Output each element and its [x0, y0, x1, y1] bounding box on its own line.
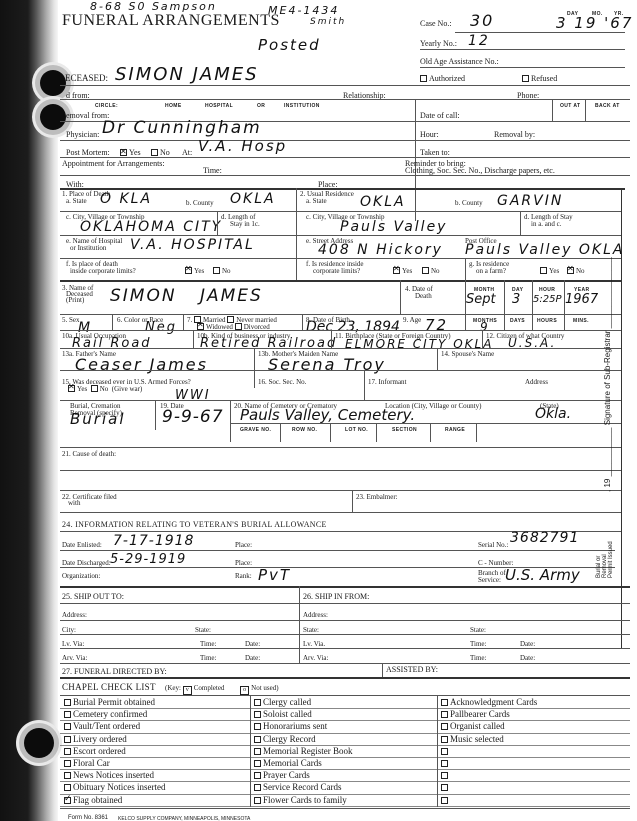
cause-of-death-label: 21. Cause of death: — [62, 450, 116, 458]
checklist-item[interactable] — [441, 770, 450, 780]
checkbox[interactable] — [540, 267, 547, 274]
death-state-label: a. State — [66, 197, 87, 205]
informant-address-label: Address — [525, 378, 548, 386]
checklist-item[interactable]: Soloist called — [254, 709, 312, 719]
ship-in-lv-date-label: Date: — [520, 640, 535, 648]
section-header: SECTION — [392, 426, 417, 435]
res-limits-no[interactable]: No — [422, 267, 440, 275]
ship-out-arv-time-label: Time: — [200, 654, 216, 662]
farm-yes[interactable]: Yes — [540, 267, 559, 275]
mother-value: Serena Troy — [268, 355, 386, 374]
ship-out-label: 25. SHIP OUT TO: — [62, 593, 124, 601]
checklist-item-label: Livery ordered — [73, 734, 127, 744]
checkbox[interactable] — [441, 797, 448, 804]
checklist-item[interactable]: News Notices inserted — [64, 770, 154, 780]
checkbox[interactable] — [441, 711, 448, 718]
checkbox[interactable] — [441, 760, 448, 767]
checklist-item-label: News Notices inserted — [73, 770, 154, 780]
yearly-no-value: 12 — [468, 33, 490, 49]
checklist-item[interactable]: Escort ordered — [64, 746, 126, 756]
ship-in-arv-time-label: Time: — [470, 654, 486, 662]
yearly-no-label: Yearly No.: — [420, 39, 457, 48]
checklist-item[interactable] — [441, 746, 450, 756]
ssn-label: 16. Soc. Sec. No. — [258, 378, 306, 386]
checkbox[interactable] — [254, 772, 261, 779]
checkbox[interactable] — [441, 699, 448, 706]
sub-registrar-signature-line: , 19 ___________ Signature of Sub-Regist… — [603, 257, 612, 492]
ship-out-address-label: Address: — [62, 611, 87, 619]
enlisted-label: Date Enlisted: — [62, 541, 102, 549]
checkbox[interactable] — [213, 267, 220, 274]
dod-month-value: Sept — [466, 292, 496, 307]
checkbox[interactable] — [420, 75, 427, 82]
death-county-label: b. County — [186, 199, 214, 207]
checklist-item-label: Service Record Cards — [263, 782, 341, 792]
checkbox[interactable] — [441, 723, 448, 730]
first-name-value: SIMON — [110, 286, 177, 306]
checkbox[interactable] — [64, 699, 71, 706]
checklist-item-label: Acknowledgment Cards — [450, 697, 537, 707]
checkbox[interactable] — [522, 75, 529, 82]
punch-hole — [40, 70, 66, 96]
checkbox[interactable] — [64, 784, 71, 791]
checkbox[interactable] — [441, 772, 448, 779]
lot-no-header: LOT NO. — [345, 426, 368, 435]
checklist-item[interactable]: Music selected — [441, 734, 504, 744]
dod-label-2: Death — [415, 292, 432, 300]
enlisted-value: 7-17-1918 — [113, 533, 194, 549]
res-state-value: OKLA — [360, 194, 406, 210]
checklist-item-label: Clergy called — [263, 697, 311, 707]
case-no-value: 30 — [470, 11, 494, 30]
phone-note-name: Smith — [310, 17, 346, 27]
oaa-label: Old Age Assistance No.: — [420, 57, 499, 66]
checklist-item[interactable]: Pallbearer Cards — [441, 709, 510, 719]
dod-year-value: 1967 — [565, 292, 598, 307]
circle-or: OR — [257, 102, 265, 111]
back-at-header: BACK AT — [595, 102, 620, 111]
res-city-value: Pauls Valley — [340, 219, 447, 235]
taken-to-label: Taken to: — [420, 148, 450, 157]
deceased-value: SIMON JAMES — [115, 64, 259, 85]
location-label: Location (City, Village or County) — [385, 402, 481, 410]
checklist-item[interactable]: Flag obtained — [64, 795, 122, 805]
row-no-header: ROW NO. — [292, 426, 317, 435]
checklist-item-label: Memorial Register Book — [263, 746, 353, 756]
at-label: At: — [182, 148, 192, 157]
checklist-item-label: Prayer Cards — [263, 770, 310, 780]
checklist-item-label: Cemetery confirmed — [73, 709, 147, 719]
father-value: Ceaser James — [75, 355, 208, 374]
certificate-label-2: with — [68, 499, 80, 507]
farm-label-2: on a farm? — [476, 267, 506, 275]
length-of-stay-label-2: Stay in 1c. — [230, 220, 260, 228]
age-label: 9. Age — [403, 316, 421, 324]
key-completed-icon: v — [183, 686, 192, 695]
checklist-item-label: Escort ordered — [73, 746, 126, 756]
checkbox[interactable] — [235, 323, 242, 330]
checklist-item[interactable]: Clergy Record — [254, 734, 316, 744]
checklist-item[interactable]: Cemetery confirmed — [64, 709, 147, 719]
checkbox[interactable] — [441, 736, 448, 743]
checklist-item-label: Memorial Cards — [263, 758, 322, 768]
checkbox[interactable] — [64, 711, 71, 718]
circle-label: CIRCLE: — [95, 102, 118, 111]
ship-in-label: 26. SHIP IN FROM: — [303, 593, 369, 601]
appointment-label: Appointment for Arrangements: — [62, 159, 165, 168]
reminder-text: Clothing, Soc. Sec. No., Discharge paper… — [405, 166, 555, 175]
assisted-by-label: ASSISTED BY: — [386, 666, 438, 674]
circle-home[interactable]: HOME — [165, 102, 182, 111]
checklist-item[interactable]: Honorariums sent — [254, 721, 327, 731]
ship-out-lv-date-label: Date: — [245, 640, 260, 648]
farm-no[interactable]: No — [567, 267, 585, 275]
cemetery-state-value: Okla. — [535, 406, 571, 422]
checkbox[interactable] — [254, 736, 261, 743]
discharged-value: 5-29-1919 — [110, 552, 186, 567]
checkbox-checked[interactable] — [567, 267, 574, 274]
removal-by-label: Removal by: — [494, 130, 535, 139]
ship-in-arv-via-label: Arv. Via: — [303, 654, 328, 662]
ship-out-city-label: City: — [62, 626, 76, 634]
last-name-value: JAMES — [200, 286, 263, 306]
authorized-checkbox[interactable]: Authorized — [420, 74, 465, 83]
checklist-item[interactable]: Memorial Cards — [254, 758, 322, 768]
checklist-title: CHAPEL CHECK LIST — [62, 683, 156, 692]
checklist-item[interactable]: Service Record Cards — [254, 782, 341, 792]
range-header: RANGE — [445, 426, 465, 435]
checklist-item[interactable]: Memorial Register Book — [254, 746, 353, 756]
circle-institution[interactable]: INSTITUTION — [284, 102, 320, 111]
death-state-value: O KLA — [100, 191, 152, 207]
checklist-item[interactable]: Flower Cards to family — [254, 795, 347, 805]
checklist-item-label: Flag obtained — [73, 795, 122, 805]
case-no-label: Case No.: — [420, 19, 452, 28]
checkbox[interactable] — [227, 316, 234, 323]
checklist-item-label: Honorariums sent — [263, 721, 327, 731]
checkbox[interactable] — [254, 797, 261, 804]
checkbox[interactable] — [254, 723, 261, 730]
checkbox[interactable] — [254, 748, 261, 755]
checklist-item[interactable]: Clergy called — [254, 697, 311, 707]
hospital-value: V.A. HOSPITAL — [130, 237, 255, 253]
sex-label: 5. Sex — [62, 316, 80, 324]
checklist-item[interactable] — [441, 795, 450, 805]
out-at-header: OUT AT — [560, 102, 580, 111]
dod-hour-value: 5:25P — [533, 294, 562, 305]
age-hours-header: HOURS — [537, 317, 557, 326]
death-city-value: OKLAHOMA CITY — [80, 219, 222, 235]
checkbox[interactable] — [254, 711, 261, 718]
checkbox[interactable] — [441, 748, 448, 755]
punch-hole — [24, 728, 54, 758]
checkbox[interactable] — [64, 760, 71, 767]
time-label: Time: — [203, 166, 222, 175]
branch-value: U.S. Army — [505, 566, 580, 584]
ship-in-arv-date-label: Date: — [520, 654, 535, 662]
checklist-item[interactable]: Prayer Cards — [254, 770, 310, 780]
res-length-label-2: in a. and c. — [531, 220, 562, 228]
res-county-value: GARVIN — [497, 193, 563, 209]
checklist-key: (Key: vCompleted oNot used) — [165, 684, 279, 695]
refused-checkbox[interactable]: Refused — [522, 74, 557, 83]
checkbox[interactable] — [64, 736, 71, 743]
dod-day-value: 3 — [512, 292, 522, 307]
checkbox[interactable] — [422, 267, 429, 274]
hour-label: Hour: — [420, 130, 439, 139]
res-limits-yes[interactable]: Yes — [393, 267, 412, 275]
ship-out-lv-time-label: Time: — [200, 640, 216, 648]
checkbox[interactable] — [254, 699, 261, 706]
checklist-item-label: Music selected — [450, 734, 504, 744]
checklist-item[interactable] — [441, 782, 450, 792]
enlisted-place-label: Place: — [235, 541, 252, 549]
checklist-item-label: Soloist called — [263, 709, 312, 719]
grave-no-header: GRAVE NO. — [240, 426, 271, 435]
physician-label: Physician: — [66, 130, 99, 139]
ship-in-state-label-2: State: — [470, 626, 486, 634]
rank-label: Rank: — [235, 572, 252, 580]
ship-out-arv-via-label: Arv. Via: — [62, 654, 87, 662]
checklist-item[interactable]: Organist called — [441, 721, 505, 731]
ship-out-arv-date-label: Date: — [245, 654, 260, 662]
checklist-item-label: Vault/Tent ordered — [73, 721, 140, 731]
corp-limits-label-2: inside corporate limits? — [70, 267, 136, 275]
checkbox-checked[interactable] — [197, 323, 204, 330]
punch-hole — [40, 104, 66, 130]
checkbox[interactable] — [441, 784, 448, 791]
checklist-item-label: Floral Car — [73, 758, 110, 768]
checkbox-checked[interactable] — [120, 149, 127, 156]
race-value: Neg — [145, 320, 177, 335]
disposition-date-value: 9-9-67 — [162, 407, 224, 427]
serial-value: 3682791 — [510, 530, 579, 546]
deceased-label: ECEASED: — [65, 74, 108, 83]
checkbox[interactable] — [91, 385, 98, 392]
company-name: KELCO SUPPLY COMPANY, MINNEAPOLIS, MINNE… — [118, 816, 250, 821]
form-number: Form No. 8361 — [68, 815, 108, 821]
spouse-label: 14. Spouse's Name — [441, 350, 494, 358]
checkbox[interactable] — [254, 760, 261, 767]
post-office-value: Pauls Valley OKLA — [465, 242, 625, 258]
street-value: 408 N Hickory — [318, 242, 443, 258]
age-mins-header: MINS. — [573, 317, 589, 326]
form-title: FUNERAL ARRANGEMENTS — [62, 12, 280, 30]
phone-note: ME4-1434 — [268, 4, 339, 17]
death-limits-no[interactable]: No — [213, 267, 231, 275]
checklist-item[interactable]: Obituary Notices inserted — [64, 782, 165, 792]
checklist-item[interactable]: Vault/Tent ordered — [64, 721, 140, 731]
checkbox[interactable] — [64, 748, 71, 755]
ship-out-lv-via-label: Lv. Via: — [62, 640, 84, 648]
directed-by-label: 27. FUNERAL DIRECTED BY: — [62, 668, 167, 676]
post-mortem-label: Post Mortem: — [66, 148, 110, 157]
ship-in-address-label: Address: — [303, 611, 328, 619]
disposition-value: Burial — [70, 410, 126, 428]
burial-permit-issued-label: Burial or Removal Permit Issued — [596, 538, 614, 578]
at-value: V.A. Hosp — [198, 137, 287, 155]
checklist-item-label: Pallbearer Cards — [450, 709, 510, 719]
ship-out-state-label: State: — [195, 626, 211, 634]
checkbox[interactable] — [64, 723, 71, 730]
embalmer-label: 23. Embalmer: — [356, 493, 398, 501]
case-date-value: 3 19 '67 — [556, 14, 633, 32]
branch-label-2: Service: — [478, 576, 501, 584]
checkbox[interactable] — [151, 149, 158, 156]
serial-label: Serial No.: — [478, 541, 508, 549]
res-county-label: b. County — [455, 199, 483, 207]
age-days-header: DAYS — [510, 317, 525, 326]
checklist-item-label: Organist called — [450, 721, 505, 731]
organization-label: Organization: — [62, 572, 100, 580]
checklist-item[interactable] — [441, 758, 450, 768]
discharged-label: Date Discharged: — [62, 559, 111, 567]
checkbox-checked[interactable] — [393, 267, 400, 274]
ship-in-state-label: State: — [303, 626, 319, 634]
checkbox[interactable] — [254, 784, 261, 791]
res-state-label: a. State — [306, 197, 327, 205]
checkbox[interactable] — [64, 772, 71, 779]
circle-hospital[interactable]: HOSPITAL — [205, 102, 233, 111]
ship-in-lv-via-label: Lv. Via. — [303, 640, 325, 648]
informant-label: 17. Informant — [368, 378, 407, 386]
checklist-item[interactable]: Acknowledgment Cards — [441, 697, 537, 707]
rank-value: PvT — [258, 566, 291, 584]
checkbox-checked[interactable] — [68, 385, 75, 392]
ship-in-lv-time-label: Time: — [470, 640, 486, 648]
posted-stamp: Posted — [258, 36, 321, 54]
physician-value: Dr Cunningham — [102, 118, 262, 138]
hospital-label-2: or Institution — [70, 244, 106, 252]
armed-yes-no: Yes No (Give war) — [68, 385, 142, 393]
date-of-call-label: Date of call: — [420, 111, 460, 120]
res-limits-label-2: corporate limits? — [313, 267, 360, 275]
death-county-value: OKLA — [230, 191, 276, 207]
checklist-item[interactable]: Livery ordered — [64, 734, 127, 744]
veteran-section-label: 24. INFORMATION RELATING TO VETERAN'S BU… — [62, 520, 327, 529]
checkbox-checked[interactable] — [185, 267, 192, 274]
checklist-item[interactable]: Floral Car — [64, 758, 110, 768]
checklist-item-label: Burial Permit obtained — [73, 697, 155, 707]
discharged-place-label: Place: — [235, 559, 252, 567]
checklist-item-label: Clergy Record — [263, 734, 316, 744]
name-label-3: (Print) — [66, 296, 84, 304]
key-not-used-icon: o — [240, 686, 249, 695]
post-mortem-no[interactable]: No — [151, 148, 170, 157]
checkbox-checked[interactable] — [64, 797, 71, 804]
checklist-item-label: Obituary Notices inserted — [73, 782, 165, 792]
checklist-item[interactable]: Burial Permit obtained — [64, 697, 155, 707]
death-limits-yes[interactable]: Yes — [185, 267, 204, 275]
post-mortem-yes[interactable]: Yes — [120, 148, 141, 157]
checklist-item-label: Flower Cards to family — [263, 795, 347, 805]
